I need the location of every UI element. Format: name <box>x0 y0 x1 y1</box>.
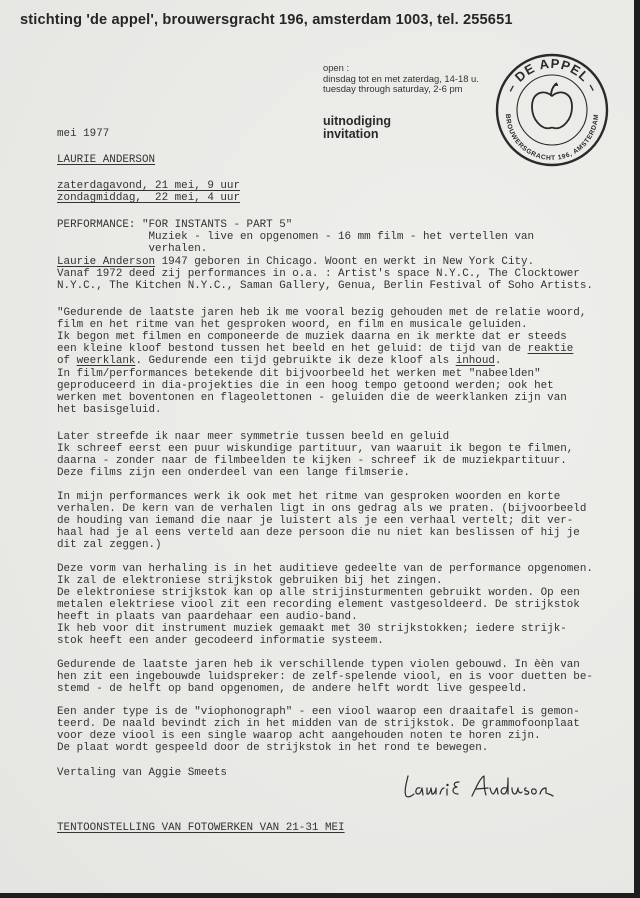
text-line: "Gedurende de laatste jaren heb ik me vo… <box>57 307 586 319</box>
text-line: Gedurende de laatste jaren heb ik versch… <box>57 659 580 671</box>
text-line: of weerklank. Gedurende een tijd gebruik… <box>57 355 501 367</box>
apple-icon <box>532 83 572 128</box>
text-line: stemd - de helft op band opgenomen, de a… <box>57 683 528 695</box>
scan-border-bottom <box>0 893 640 898</box>
text-line: In film/performances betekende dit bijvo… <box>57 368 541 380</box>
translator-credit: Vertaling van Aggie Smeets <box>57 767 227 779</box>
text-line: Ik zal de elektroniese strijkstok gebrui… <box>57 575 443 587</box>
hours-label: open : <box>323 63 479 74</box>
text-line: teerd. De naald bevindt zich in het midd… <box>57 718 580 730</box>
text-line: Ik begon met filmen en componeerde de mu… <box>57 331 567 343</box>
performance-title: PERFORMANCE: "FOR INSTANTS - PART 5" <box>57 219 292 231</box>
text-line: De elektroniese strijkstok kan op alle s… <box>57 587 580 599</box>
artist-name: LAURIE ANDERSON <box>57 154 155 166</box>
invitation-english: invitation <box>323 128 391 141</box>
text-line: Een ander type is de "viophonograph" - e… <box>57 706 580 718</box>
opening-hours: open : dinsdag tot en met zaterdag, 14-1… <box>323 63 479 95</box>
exhibition-notice: TENTOONSTELLING VAN FOTOWERKEN VAN 21-31… <box>57 822 345 834</box>
invitation-letter: stichting 'de appel', brouwersgracht 196… <box>0 0 634 893</box>
schedule-sunday: zondagmiddag, 22 mei, 4 uur <box>57 192 240 204</box>
text-line: Ik heb voor dit instrument muziek gemaak… <box>57 623 567 635</box>
text-line: haal had je al eens verteld aan deze per… <box>57 527 580 539</box>
underlined-word: inhoud <box>456 355 495 367</box>
bio-name: Laurie Anderson <box>57 256 155 268</box>
text-span: of <box>57 355 77 367</box>
bio-line-1: Laurie Anderson 1947 geboren in Chicago.… <box>57 256 534 268</box>
text-line: hen zit een ingebouwde luidspreker: de z… <box>57 671 593 683</box>
schedule-saturday: zaterdagavond, 21 mei, 9 uur <box>57 180 240 192</box>
scan-border-right <box>634 0 640 898</box>
text-line: stok heeft een ander gecodeerd informati… <box>57 635 384 647</box>
text-line: Ik schreef eerst een puur wiskundige par… <box>57 443 573 455</box>
date: mei 1977 <box>57 128 109 140</box>
bio-line-2: Vanaf 1972 deed zij performances in o.a.… <box>57 268 580 280</box>
bio-line-1-text: 1947 geboren in Chicago. Woont en werkt … <box>155 256 534 268</box>
letterhead: stichting 'de appel', brouwersgracht 196… <box>20 12 513 28</box>
text-line: verhalen. De kern van de verhalen ligt i… <box>57 503 586 515</box>
text-line: In mijn performances werk ik ook met het… <box>57 491 560 503</box>
performance-desc-2: verhalen. <box>57 243 207 255</box>
text-line: het basisgeluid. <box>57 404 162 416</box>
underlined-word: reaktie <box>528 343 574 355</box>
underlined-word: weerklank <box>77 355 136 367</box>
text-line: Deze films zijn een onderdeel van een la… <box>57 467 410 479</box>
text-line: daarna - zonder naar de filmbeelden te k… <box>57 455 567 467</box>
de-appel-stamp: – DE APPEL – BROUWERSGRACHT 196, AMSTERD… <box>494 52 610 168</box>
text-line: werken met boventonen en flageolettonen … <box>57 392 567 404</box>
text-span: een kleine kloof bestond tussen het beel… <box>57 343 528 355</box>
text-line: Later streefde ik naar meer symmetrie tu… <box>57 431 449 443</box>
text-line: een kleine kloof bestond tussen het beel… <box>57 343 573 355</box>
text-line: heeft in plaats van paardehaar een audio… <box>57 611 358 623</box>
text-line: voor deze viool is een single waarop ach… <box>57 730 541 742</box>
bio-line-3: N.Y.C., The Kitchen N.Y.C., Saman Galler… <box>57 280 593 292</box>
text-line: dit zal zeggen.) <box>57 539 162 551</box>
text-line: metalen elektriese viool zit een recordi… <box>57 599 580 611</box>
text-line: de houding van iemand die naar je luiste… <box>57 515 573 527</box>
invitation-heading: uitnodiging invitation <box>323 115 391 141</box>
text-line: De plaat wordt gespeeld door de strijkst… <box>57 742 488 754</box>
text-span: . Gedurende een tijd gebruikte ik deze k… <box>135 355 455 367</box>
text-line: film en het ritme van het gesproken woor… <box>57 319 528 331</box>
text-line: Deze vorm van herhaling is in het auditi… <box>57 563 593 575</box>
text-span: . <box>495 355 502 367</box>
signature: Laurie Anderson <box>400 770 580 802</box>
text-line: geproduceerd in dia-projekties die in ee… <box>57 380 554 392</box>
performance-desc-1: Muziek - live en opgenomen - 16 mm film … <box>57 231 534 243</box>
hours-english: tuesday through saturday, 2-6 pm <box>323 84 479 95</box>
